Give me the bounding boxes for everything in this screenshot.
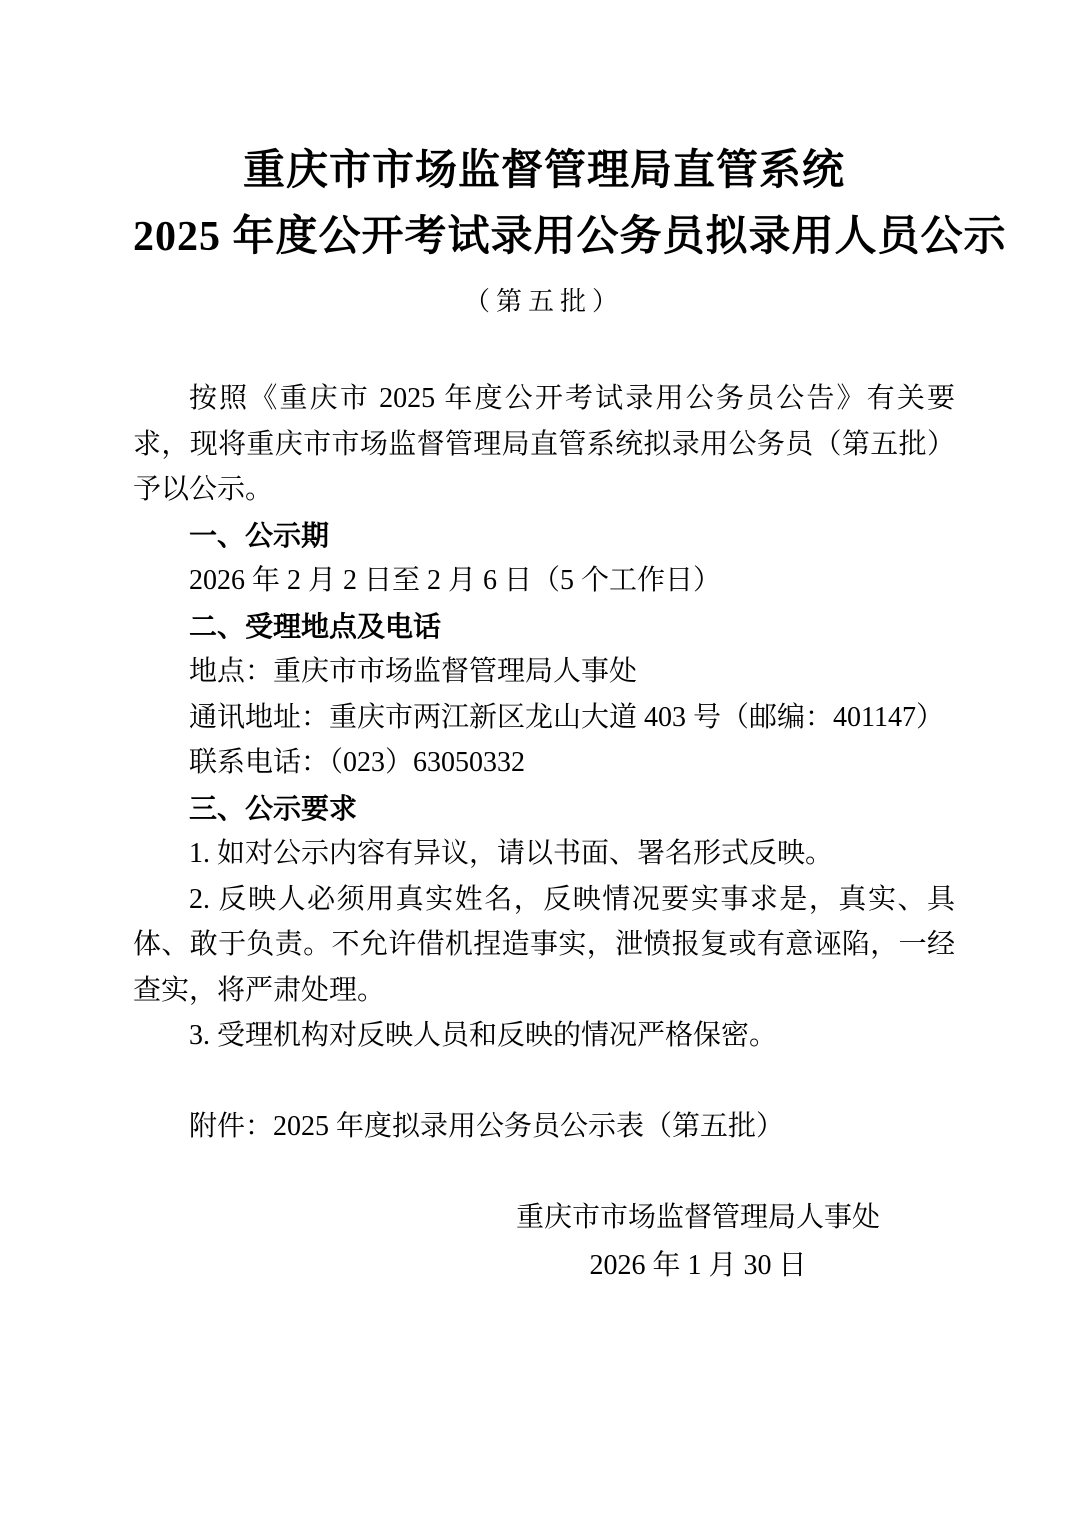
section-1-line-publicity-period: 2026 年 2 月 2 日至 2 月 6 日（5 个工作日） [133, 558, 955, 604]
attachment-line: 附件：2025 年度拟录用公务员公示表（第五批） [133, 1104, 955, 1150]
signature-date: 2026 年 1 月 30 日 [516, 1242, 880, 1290]
document-title-line1: 重庆市市场监督管理局直管系统 [133, 138, 955, 204]
section-2-line-mailing-address: 通讯地址：重庆市两江新区龙山大道 403 号（邮编：401147） [133, 695, 955, 741]
document-body: 按照《重庆市 2025 年度公开考试录用公务员公告》有关要求，现将重庆市市场监督… [133, 376, 955, 1290]
section-3-item-1: 1. 如对公示内容有异议，请以书面、署名形式反映。 [133, 831, 955, 877]
section-1-heading: 一、公示期 [133, 513, 955, 559]
signature-organization: 重庆市市场监督管理局人事处 [516, 1194, 880, 1242]
section-3-item-3: 3. 受理机构对反映人员和反映的情况严格保密。 [133, 1013, 955, 1059]
document-subtitle: （第五批） [133, 280, 955, 324]
section-2-line-phone: 联系电话：（023）63050332 [133, 740, 955, 786]
section-2-line-location: 地点：重庆市市场监督管理局人事处 [133, 649, 955, 695]
section-3-heading: 三、公示要求 [133, 786, 955, 832]
section-2-heading: 二、受理地点及电话 [133, 604, 955, 650]
document-title-line2: 2025 年度公开考试录用公务员拟录用人员公示 [133, 204, 955, 270]
section-3-item-2: 2. 反映人必须用真实姓名，反映情况要实事求是，真实、具体、敢于负责。不允许借机… [133, 877, 955, 1014]
signature-block: 重庆市市场监督管理局人事处 2026 年 1 月 30 日 [516, 1194, 880, 1290]
intro-paragraph: 按照《重庆市 2025 年度公开考试录用公务员公告》有关要求，现将重庆市市场监督… [133, 376, 955, 513]
document-page: 重庆市市场监督管理局直管系统 2025 年度公开考试录用公务员拟录用人员公示 （… [0, 0, 1074, 1520]
